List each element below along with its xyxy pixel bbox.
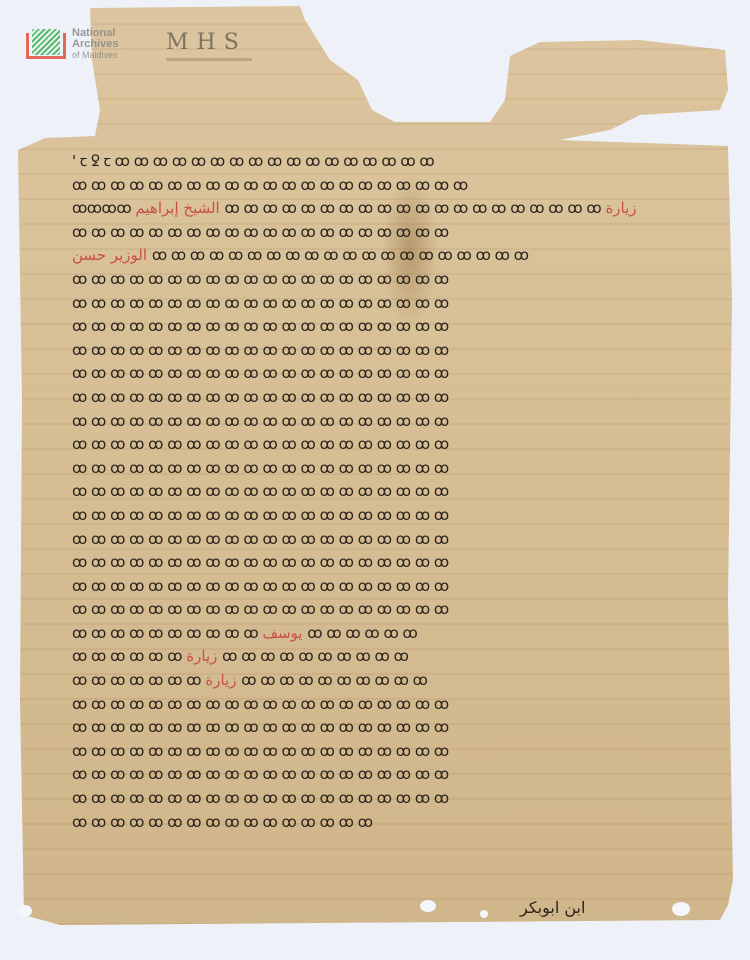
annotation-yusuf: يوسف [262,624,302,642]
text-line: ꝏ ꝏ ꝏ ꝏ ꝏ ꝏ ꝏ ꝏ ꝏ ꝏ يوسف ꝏ ꝏ ꝏ ꝏ ꝏ ꝏ [72,622,722,646]
paper-hole [672,902,690,916]
text-line: ꝏ ꝏ ꝏ ꝏ ꝏ ꝏ ꝏ ꝏ ꝏ ꝏ ꝏ ꝏ ꝏ ꝏ ꝏ ꝏ ꝏ ꝏ ꝏ ꝏ [72,528,722,552]
open-book-icon [26,29,66,61]
text-line: ꝏ ꝏ ꝏ ꝏ ꝏ ꝏ ꝏ ꝏ ꝏ ꝏ ꝏ ꝏ ꝏ ꝏ ꝏ ꝏ ꝏ ꝏ ꝏ ꝏ [72,575,722,599]
signature: ابن ابوبكر [520,898,585,917]
mhs-watermark: MHS [166,30,247,55]
annotation-ziyara-2: زيارة [186,647,217,665]
text-line: ꝏ ꝏ ꝏ ꝏ ꝏ ꝏ ꝏ ꝏ ꝏ ꝏ ꝏ ꝏ ꝏ ꝏ ꝏ ꝏ ꝏ ꝏ ꝏ ꝏ [72,386,722,410]
text-line: ꝏ ꝏ ꝏ ꝏ ꝏ ꝏ ꝏ ꝏ ꝏ ꝏ ꝏ ꝏ ꝏ ꝏ ꝏ ꝏ ꝏ ꝏ ꝏ ꝏ [72,221,722,245]
text-line: ꝏ ꝏ ꝏ ꝏ ꝏ ꝏ ꝏ ꝏ ꝏ ꝏ ꝏ ꝏ ꝏ ꝏ ꝏ ꝏ ꝏ ꝏ ꝏ ꝏ [72,740,722,764]
paper-hole [480,910,488,918]
text-line: ꝏ ꝏ ꝏ ꝏ ꝏ ꝏ ꝏ ꝏ ꝏ ꝏ ꝏ ꝏ ꝏ ꝏ ꝏ ꝏ ꝏ ꝏ ꝏ ꝏ [72,504,722,528]
text-line: ꝏ ꝏ ꝏ ꝏ ꝏ ꝏ ꝏ ꝏ ꝏ ꝏ ꝏ ꝏ ꝏ ꝏ ꝏ ꝏ ꝏ ꝏ ꝏ ꝏ [72,315,722,339]
text-line: ꝏ ꝏ ꝏ ꝏ ꝏ ꝏ ꝏ ꝏ ꝏ ꝏ ꝏ ꝏ ꝏ ꝏ ꝏ ꝏ ꝏ ꝏ ꝏ ꝏ [72,362,722,386]
paper-hole [420,900,436,912]
text-line: ꝏ ꝏ ꝏ ꝏ ꝏ ꝏ ꝏ ꝏ ꝏ ꝏ ꝏ ꝏ ꝏ ꝏ ꝏ ꝏ ꝏ ꝏ ꝏ ꝏ [72,268,722,292]
annotation-sheikh-ibrahim: الشيخ إبراهيم [135,199,219,217]
text-line: ꝏ ꝏ ꝏ ꝏ ꝏ ꝏ ꝏ ꝏ ꝏ ꝏ ꝏ ꝏ ꝏ ꝏ ꝏ ꝏ ꝏ ꝏ ꝏ ꝏ [72,339,722,363]
national-archives-logo: National Archives of Maldives [26,28,118,61]
annotation-ziyara-3: زيارة [205,671,236,689]
annotation-ziyara-1: زيارة [605,199,636,217]
text-line: ꝏ ꝏ ꝏ ꝏ ꝏ ꝏ ꝏ ꝏ ꝏ ꝏ ꝏ ꝏ ꝏ ꝏ ꝏ ꝏ ꝏ ꝏ ꝏ ꝏ [72,480,722,504]
paper-hole [18,905,32,917]
text-line: ꝏ ꝏ ꝏ ꝏ ꝏ ꝏ ꝏ ꝏ ꝏ ꝏ ꝏ ꝏ ꝏ ꝏ ꝏ ꝏ ꝏ ꝏ ꝏ ꝏ [72,787,722,811]
text-line: ꝏ ꝏ ꝏ ꝏ ꝏ ꝏ زيارة ꝏ ꝏ ꝏ ꝏ ꝏ ꝏ ꝏ ꝏ ꝏ ꝏ [72,645,722,669]
logo-line-2: Archives [72,39,118,50]
text-line: ꝏ ꝏ ꝏ ꝏ ꝏ ꝏ ꝏ ꝏ ꝏ ꝏ ꝏ ꝏ ꝏ ꝏ ꝏ ꝏ ꝏ ꝏ ꝏ ꝏ [72,763,722,787]
text-line: ꝏ ꝏ ꝏ ꝏ ꝏ ꝏ ꝏ ꝏ ꝏ ꝏ ꝏ ꝏ ꝏ ꝏ ꝏ ꝏ ꝏ ꝏ ꝏ ꝏ [72,598,722,622]
text-line: ꝏ ꝏ ꝏ ꝏ ꝏ ꝏ ꝏ ꝏ ꝏ ꝏ ꝏ ꝏ ꝏ ꝏ ꝏ ꝏ ꝏ ꝏ ꝏ ꝏ … [72,174,722,198]
logo-text: National Archives of Maldives [72,28,118,61]
text-line: ꝏ ꝏ ꝏ ꝏ ꝏ ꝏ ꝏ ꝏ ꝏ ꝏ ꝏ ꝏ ꝏ ꝏ ꝏ ꝏ ꝏ ꝏ ꝏ ꝏ [72,551,722,575]
text-line: ꝏ ꝏ ꝏ ꝏ ꝏ ꝏ ꝏ ꝏ ꝏ ꝏ ꝏ ꝏ ꝏ ꝏ ꝏ ꝏ ꝏ ꝏ ꝏ ꝏ [72,716,722,740]
manuscript-body: ꞌ ꞇ ꝿ ꞇ ꝏ ꝏ ꝏ ꝏ ꝏ ꝏ ꝏ ꝏ ꝏ ꝏ ꝏ ꝏ ꝏ ꝏ ꝏ ꝏ … [72,150,722,834]
logo-line-3: of Maldives [72,50,118,61]
text-line: الوزير حسن ꝏ ꝏ ꝏ ꝏ ꝏ ꝏ ꝏ ꝏ ꝏ ꝏ ꝏ ꝏ ꝏ ꝏ ꝏ… [72,244,722,268]
text-line: ꝏꝏꝏꝏ الشيخ إبراهيم ꝏ ꝏ ꝏ ꝏ ꝏ ꝏ ꝏ ꝏ ꝏ ꝏ ꝏ… [72,197,722,221]
mhs-underline [166,58,252,61]
text-line: ꝏ ꝏ ꝏ ꝏ ꝏ ꝏ ꝏ ꝏ ꝏ ꝏ ꝏ ꝏ ꝏ ꝏ ꝏ ꝏ ꝏ ꝏ ꝏ ꝏ [72,457,722,481]
annotation-wazir-hasan: الوزير حسن [72,246,147,264]
text-line: ꝏ ꝏ ꝏ ꝏ ꝏ ꝏ ꝏ ꝏ ꝏ ꝏ ꝏ ꝏ ꝏ ꝏ ꝏ ꝏ ꝏ ꝏ ꝏ ꝏ [72,292,722,316]
text-line: ꝏ ꝏ ꝏ ꝏ ꝏ ꝏ ꝏ ꝏ ꝏ ꝏ ꝏ ꝏ ꝏ ꝏ ꝏ ꝏ ꝏ ꝏ ꝏ ꝏ [72,410,722,434]
text-line: ꝏ ꝏ ꝏ ꝏ ꝏ ꝏ ꝏ ꝏ ꝏ ꝏ ꝏ ꝏ ꝏ ꝏ ꝏ ꝏ ꝏ ꝏ ꝏ ꝏ [72,693,722,717]
text-line: ꝏ ꝏ ꝏ ꝏ ꝏ ꝏ ꝏ ꝏ ꝏ ꝏ ꝏ ꝏ ꝏ ꝏ ꝏ ꝏ ꝏ ꝏ ꝏ ꝏ [72,433,722,457]
text-line: ꝏ ꝏ ꝏ ꝏ ꝏ ꝏ ꝏ ꝏ ꝏ ꝏ ꝏ ꝏ ꝏ ꝏ ꝏ ꝏ [72,811,722,835]
text-line: ꞌ ꞇ ꝿ ꞇ ꝏ ꝏ ꝏ ꝏ ꝏ ꝏ ꝏ ꝏ ꝏ ꝏ ꝏ ꝏ ꝏ ꝏ ꝏ ꝏ … [72,150,722,174]
manuscript-scan: National Archives of Maldives MHS ꞌ ꞇ ꝿ … [0,0,750,960]
text-line: ꝏ ꝏ ꝏ ꝏ ꝏ ꝏ ꝏ زيارة ꝏ ꝏ ꝏ ꝏ ꝏ ꝏ ꝏ ꝏ ꝏ ꝏ [72,669,722,693]
